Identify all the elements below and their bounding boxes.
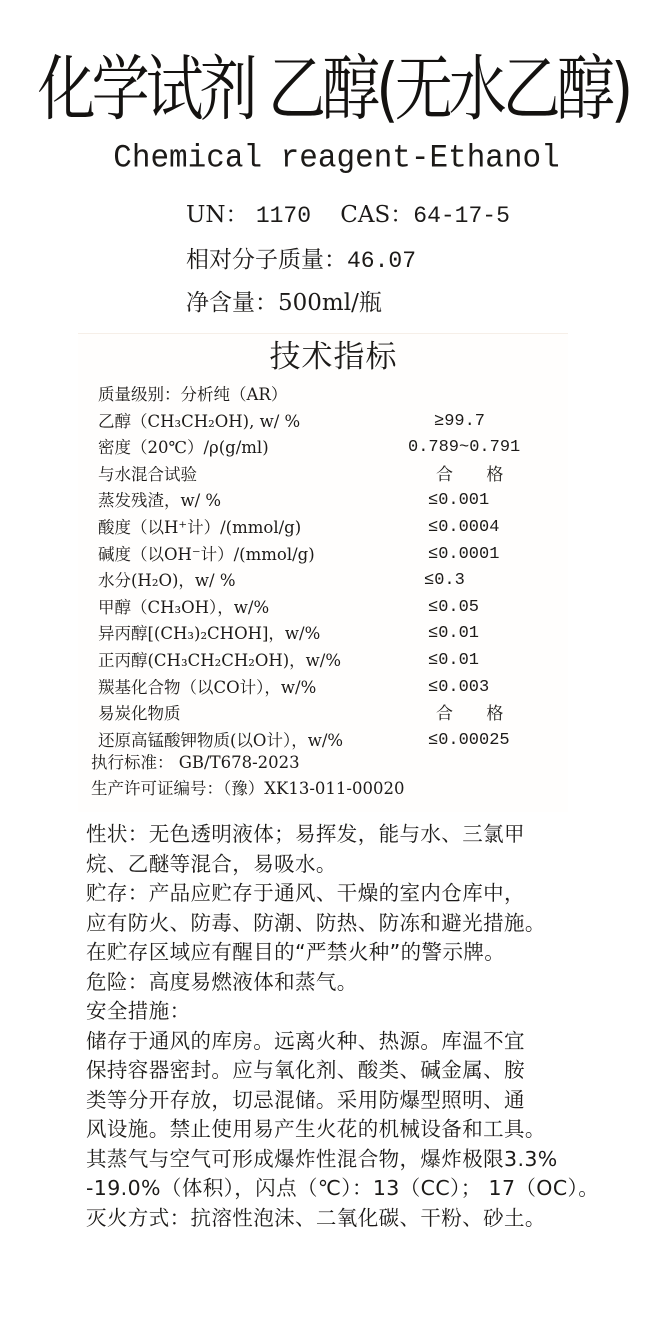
spec-row: 酸度（以H⁺计）/(mmol/g) ≤0.0004 bbox=[98, 515, 568, 542]
net-content-value: 500ml/瓶 bbox=[278, 290, 382, 316]
net-content-line: 净含量：500ml/瓶 bbox=[186, 286, 382, 320]
spec-grade-row: 质量级别：分析纯（AR） bbox=[98, 382, 568, 409]
molecular-weight-line: 相对分子质量：46.07 bbox=[186, 243, 416, 278]
spec-row: 密度（20℃）/ρ(g/ml) 0.789~0.791 bbox=[98, 435, 568, 462]
description-line: 危险：高度易燃液体和蒸气。 bbox=[86, 968, 566, 998]
spec-value: ≥99.7 bbox=[434, 409, 485, 435]
spec-row: 易炭化物质 合 格 bbox=[98, 701, 568, 728]
spec-value: ≤0.00025 bbox=[428, 728, 510, 754]
description-line: -19.0%（体积），闪点（℃）：13（CC）； 17（OC）。 bbox=[86, 1174, 566, 1204]
spec-row: 碱度（以OH⁻计）/(mmol/g) ≤0.0001 bbox=[98, 542, 568, 569]
production-license: 生产许可证编号：（豫）XK13-011-00020 bbox=[91, 776, 404, 802]
cas-value: 64-17-5 bbox=[413, 203, 510, 229]
spec-value: ≤0.0004 bbox=[428, 515, 499, 541]
spec-label: 碱度（以OH⁻计）/(mmol/g) bbox=[98, 542, 315, 568]
description-line: 灭火方式：抗溶性泡沫、二氧化碳、干粉、砂土。 bbox=[86, 1204, 566, 1234]
description-line: 保持容器密封。应与氧化剂、酸类、碱金属、胺 bbox=[86, 1056, 566, 1086]
spec-row: 异丙醇[(CH₃)₂CHOH]，w/% ≤0.01 bbox=[98, 621, 568, 648]
spec-row: 甲醇（CH₃OH），w/% ≤0.05 bbox=[98, 595, 568, 622]
net-content-label: 净含量： bbox=[186, 290, 278, 316]
spec-grade: 质量级别：分析纯（AR） bbox=[98, 382, 287, 408]
spec-value: 0.789~0.791 bbox=[408, 435, 520, 461]
spec-label: 水分(H₂O)，w/ % bbox=[98, 568, 236, 594]
spec-label: 羰基化合物（以CO计），w/% bbox=[98, 675, 316, 701]
spec-value: ≤0.01 bbox=[428, 621, 479, 647]
description-line: 烷、乙醚等混合，易吸水。 bbox=[86, 850, 566, 880]
description-line: 其蒸气与空气可形成爆炸性混合物，爆炸极限3.3% bbox=[86, 1145, 566, 1175]
title-english: Chemical reagent-Ethanol bbox=[0, 138, 667, 180]
description-block: 性状：无色透明液体；易挥发，能与水、三氯甲 烷、乙醚等混合，易吸水。 贮存：产品… bbox=[86, 820, 566, 1233]
spec-value: 合 格 bbox=[436, 462, 517, 488]
spec-label: 异丙醇[(CH₃)₂CHOH]，w/% bbox=[98, 621, 320, 647]
spec-value: ≤0.05 bbox=[428, 595, 479, 621]
execution-standard: 执行标准： GB/T678-2023 bbox=[91, 750, 300, 776]
cas-label: CAS： bbox=[340, 202, 413, 228]
spec-value: ≤0.3 bbox=[424, 568, 465, 594]
description-line: 风设施。禁止使用易产生火花的机械设备和工具。 bbox=[86, 1115, 566, 1145]
spec-label: 酸度（以H⁺计）/(mmol/g) bbox=[98, 515, 301, 541]
spec-label: 易炭化物质 bbox=[98, 701, 181, 727]
spec-value: 合 格 bbox=[436, 701, 517, 727]
spec-label: 蒸发残渣，w/ % bbox=[98, 488, 221, 514]
spec-label: 乙醇（CH₃CH₂OH), w/ % bbox=[98, 409, 300, 435]
spec-value: ≤0.0001 bbox=[428, 542, 499, 568]
spec-row: 乙醇（CH₃CH₂OH), w/ % ≥99.7 bbox=[98, 409, 568, 436]
un-cas-line: UN： 1170 CAS：64-17-5 bbox=[186, 198, 510, 233]
description-line: 储存于通风的库房。远离火种、热源。库温不宜 bbox=[86, 1027, 566, 1057]
un-value: 1170 bbox=[256, 203, 311, 229]
spec-value: ≤0.01 bbox=[428, 648, 479, 674]
description-line: 性状：无色透明液体；易挥发，能与水、三氯甲 bbox=[86, 820, 566, 850]
description-line: 在贮存区域应有醒目的“严禁火种”的警示牌。 bbox=[86, 938, 566, 968]
spec-value: ≤0.003 bbox=[428, 675, 489, 701]
spec-title: 技术指标 bbox=[0, 337, 667, 377]
spec-row: 水分(H₂O)，w/ % ≤0.3 bbox=[98, 568, 568, 595]
spec-row: 蒸发残渣，w/ % ≤0.001 bbox=[98, 488, 568, 515]
description-line: 贮存：产品应贮存于通风、干燥的室内仓库中， bbox=[86, 879, 566, 909]
molecular-weight-value: 46.07 bbox=[347, 248, 416, 274]
spec-row: 与水混合试验 合 格 bbox=[98, 462, 568, 489]
title-chinese: 化学试剂 乙醇(无水乙醇) bbox=[0, 28, 667, 150]
description-line: 类等分开存放，切忌混储。采用防爆型照明、通 bbox=[86, 1086, 566, 1116]
spec-value: ≤0.001 bbox=[428, 488, 489, 514]
molecular-weight-label: 相对分子质量： bbox=[186, 247, 347, 273]
spec-row: 羰基化合物（以CO计），w/% ≤0.003 bbox=[98, 675, 568, 702]
spec-label: 甲醇（CH₃OH），w/% bbox=[98, 595, 269, 621]
spec-list: 质量级别：分析纯（AR） 乙醇（CH₃CH₂OH), w/ % ≥99.7 密度… bbox=[98, 382, 568, 754]
spec-label: 正丙醇(CH₃CH₂CH₂OH)，w/% bbox=[98, 648, 341, 674]
spec-label: 与水混合试验 bbox=[98, 462, 197, 488]
product-label: 化学试剂 乙醇(无水乙醇) Chemical reagent-Ethanol U… bbox=[0, 0, 667, 1331]
spec-label: 密度（20℃）/ρ(g/ml) bbox=[98, 435, 269, 461]
description-line: 安全措施： bbox=[86, 997, 566, 1027]
un-label: UN： bbox=[186, 202, 249, 228]
description-line: 应有防火、防毒、防潮、防热、防冻和避光措施。 bbox=[86, 909, 566, 939]
spec-row: 正丙醇(CH₃CH₂CH₂OH)，w/% ≤0.01 bbox=[98, 648, 568, 675]
